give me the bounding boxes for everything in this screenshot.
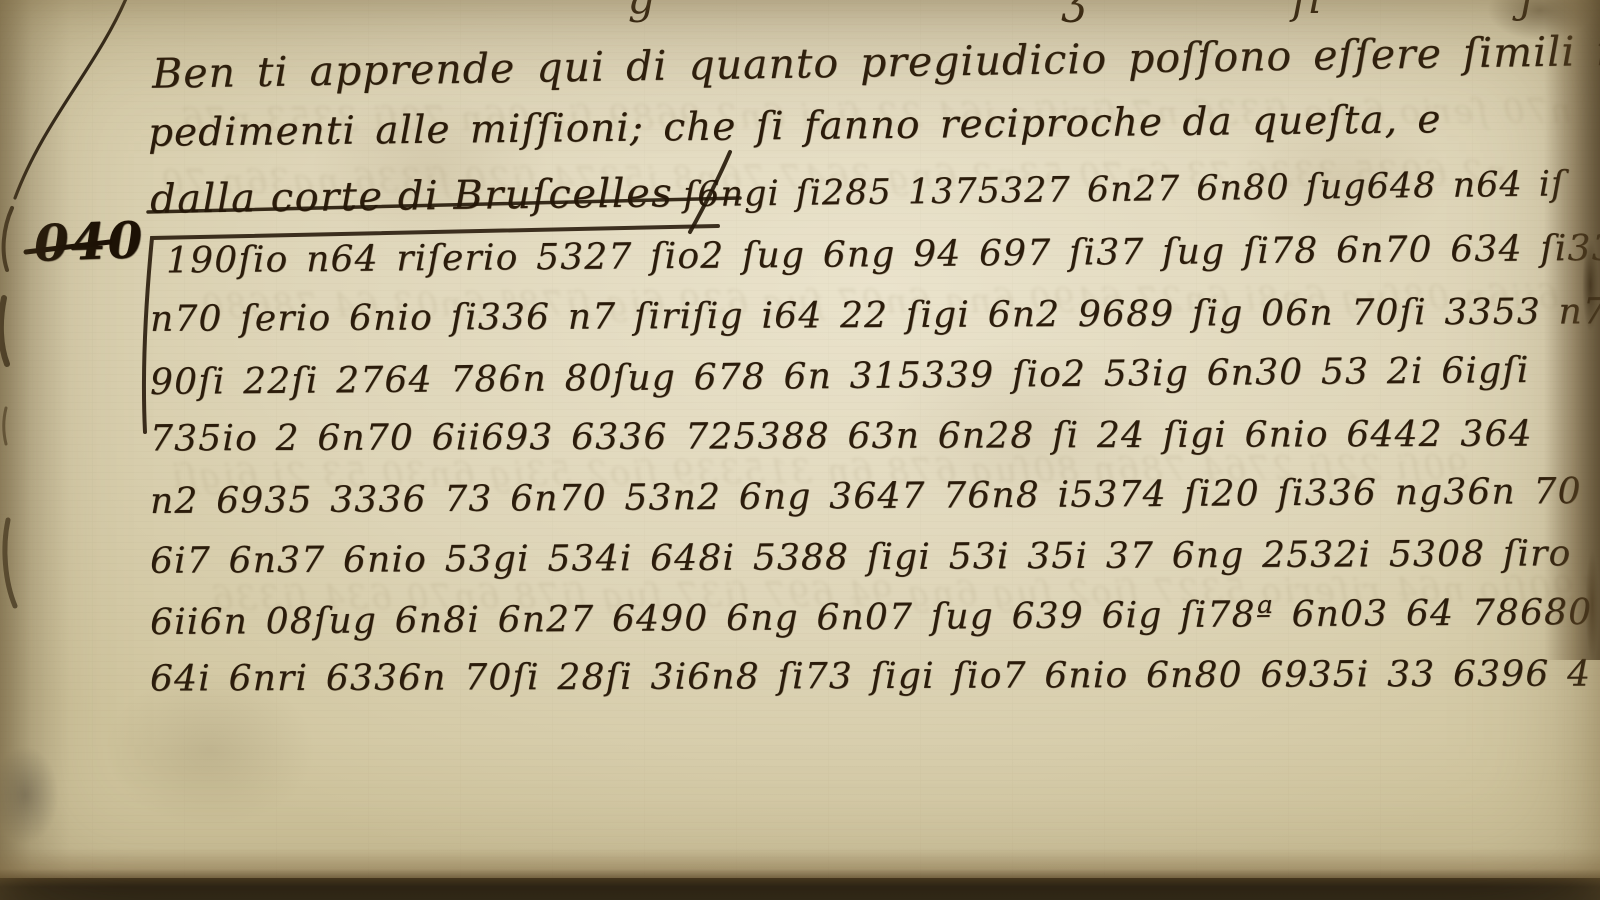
binding-crease — [5, 520, 15, 606]
binding-crease — [15, 0, 128, 198]
manuscript-text-line: dalla corte di Bruſcellesſ6ngi ſi285 137… — [150, 159, 1565, 222]
bottom-left-shadow — [0, 730, 70, 860]
binding-crease — [4, 408, 6, 444]
cipher-line: n70 ſerio 6nio ſi336 n7 ſiriſig i64 22 ſ… — [150, 291, 1600, 340]
cipher-line: n2 6935 3336 73 6n70 53n2 6ng 3647 76n8 … — [150, 471, 1582, 522]
paper-bottom-edge — [0, 848, 1600, 880]
underlined-phrase-bruscelles: dalla corte di Bruſcelles — [150, 170, 674, 222]
manuscript-text-line: pedimenti alle miſſioni; che ſi fanno re… — [148, 97, 1442, 156]
cipher-line: 735io 2 6n70 6ii693 6336 725388 63n 6n28… — [150, 414, 1533, 460]
cipher-line: 90ſi 22ſi 2764 786n 80ſug 678 6n 315339 … — [150, 350, 1530, 403]
manuscript-page: n70 ſerio 6nio ſi336 n7 ſiriſig i64 22 ſ… — [0, 0, 1600, 900]
top-edge-glyph-fragment: ſı — [1292, 0, 1321, 23]
binding-crease — [1, 298, 7, 364]
cipher-line: 64i 6nri 6336n 70ſi 28ſi 3i6n8 ſi73 ſigi… — [150, 653, 1591, 699]
cipher-line: 6ii6n 08ſug 6n8i 6n27 6490 6ng 6n07 ſug … — [150, 592, 1593, 643]
marginal-mark-struck: 040 — [33, 210, 145, 273]
cipher-text: ſ6ngi ſi285 1375327 6n27 6n80 ſug648 n64… — [683, 164, 1565, 215]
top-edge-glyph-fragment: ’ — [140, 0, 153, 23]
cipher-line: 6i7 6n37 6nio 53gi 534i 648i 5388 ſigi 5… — [150, 533, 1572, 581]
book-edge-dark-band — [0, 878, 1600, 900]
top-edge-glyph-fragment: ʒ — [1062, 0, 1086, 23]
binding-crease — [4, 208, 12, 270]
cipher-line: 190ſio n64 riſerio 5327 ſio2 ſug 6ng 94 … — [166, 228, 1600, 282]
right-edge-dark-notch — [1552, 230, 1600, 340]
right-edge-dark-notch — [1548, 540, 1600, 670]
manuscript-text-line: Ben ti apprende qui di quanto pregiudici… — [152, 26, 1600, 98]
top-edge-glyph-fragment: g — [628, 0, 655, 23]
